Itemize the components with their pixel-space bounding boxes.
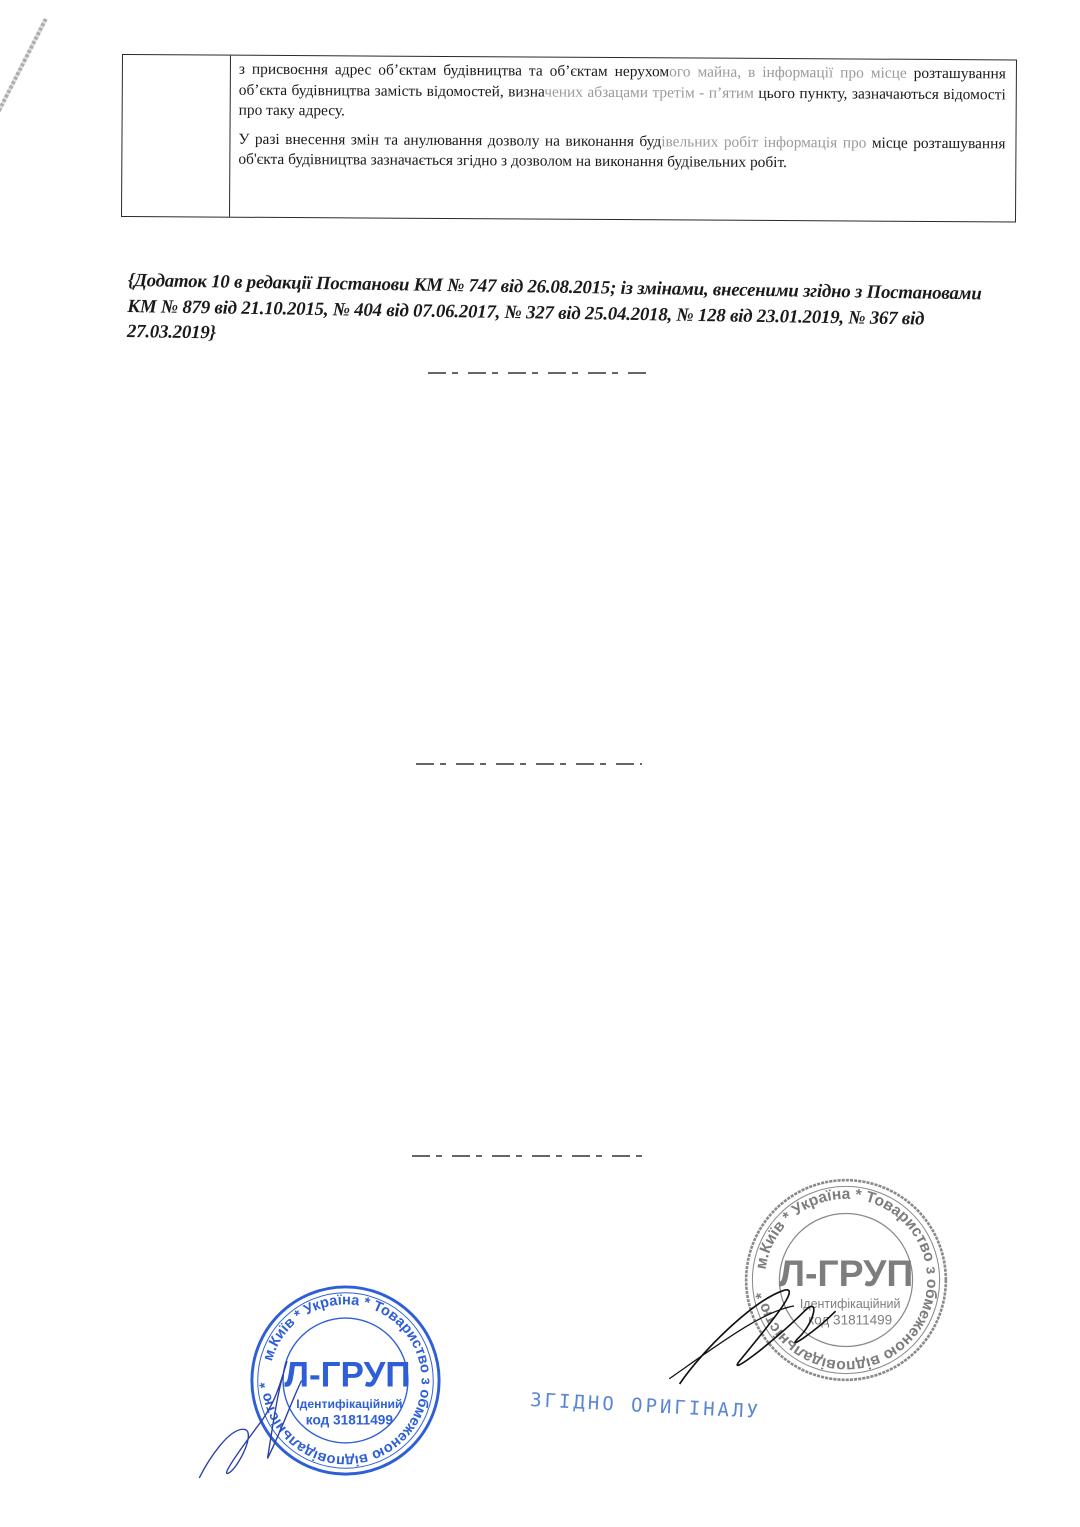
table-paragraph-1: з присвоєння адрес об’єктам будівництва … xyxy=(239,60,1006,126)
separator-line xyxy=(412,1155,644,1157)
seal-company-name: Л-ГРУП xyxy=(779,1252,914,1294)
faded-text-run: івельних робіт інформація про xyxy=(661,133,866,151)
seal-id-code: код 31811499 xyxy=(306,1412,394,1427)
company-seal-right: м.Київ * Україна * Товариство з обмежено… xyxy=(742,1176,950,1384)
seal-company-name: Л-ГРУП xyxy=(284,1355,410,1394)
table-empty-cell xyxy=(122,55,231,217)
certified-copy-stamp: ЗГІДНО ОРИГІНАЛУ xyxy=(530,1389,762,1423)
company-seal-left: м.Київ * Україна * Товариство з обмежено… xyxy=(248,1283,443,1478)
separator-line xyxy=(416,763,642,765)
document-table-fragment: з присвоєння адрес об’єктам будівництва … xyxy=(121,54,1017,222)
separator-line xyxy=(428,372,652,374)
seal-id-label: Ідентифікаційний xyxy=(800,1297,901,1311)
certified-copy-text: ЗГІДНО ОРИГІНАЛУ xyxy=(530,1389,762,1423)
text-run: У разі внесення змін та анулювання дозво… xyxy=(238,130,661,150)
table-paragraph-2: У разі внесення змін та анулювання дозво… xyxy=(238,129,1005,175)
amendment-note: {Додаток 10 в редакції Постанови КМ № 74… xyxy=(127,268,1008,358)
faded-text-run: чених абзацами третім - п’ятим xyxy=(544,83,754,101)
text-run: з присвоєння адрес об’єктам будівництва … xyxy=(239,61,669,81)
seal-id-label: Ідентифікаційний xyxy=(296,1397,402,1411)
faded-text-run: ого майна, в інформації про місце xyxy=(669,63,907,81)
table-text-cell: з присвоєння адрес об’єктам будівництва … xyxy=(238,60,1006,183)
scan-artifact-streak xyxy=(0,18,48,171)
